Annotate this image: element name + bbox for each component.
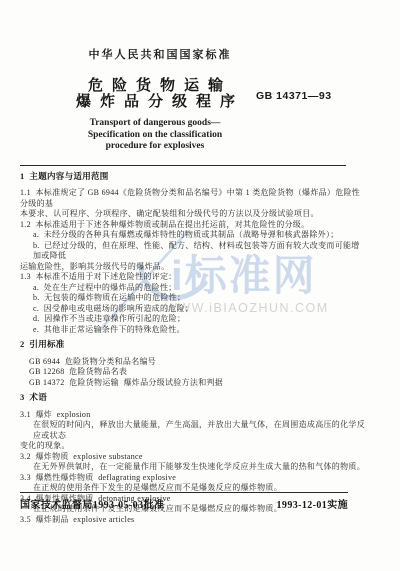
body-line: GB 6944 危险货物分类和品名编号 — [20, 357, 365, 368]
body-line: GB 14372 危险货物运输 爆炸品分级试验方法和判据 — [20, 378, 365, 389]
body-line: 3.5 爆炸制品 explosive articles — [20, 515, 365, 526]
english-title-line-3: procedure for explosives — [0, 141, 310, 153]
body-line: 1.2 本标准适用于下述各种爆炸物质或制品在提出托运前，对其危险性的分级。 — [20, 220, 365, 231]
standard-number: GB 14371—93 — [256, 90, 332, 102]
body-line: d. 因操作不当或违章操作所引起的危险； — [20, 314, 365, 325]
document-content: 中华人民共和国国家标准 危险货物运输 爆炸品分级程序 GB 14371—93 T… — [0, 0, 400, 525]
footer-approval: 国家技术监督局1993-05-03批准 — [20, 496, 164, 511]
footer: 国家技术监督局1993-05-03批准 1993-12-01实施 — [20, 496, 348, 511]
body-line: GB 12268 危险货物品名表 — [20, 367, 365, 378]
body-line: e. 其他非正常运输条件下的特殊危险性。 — [20, 325, 365, 336]
body-line: b. 已经过分级的，但在原理、性能、配方、结构、材料或包装等方面有较大改变而可能… — [20, 241, 365, 262]
body-line: 3.3 爆燃性爆炸物质 deflagrating explosive — [20, 473, 365, 484]
body-line: 3.2 爆炸物质 explosive substance — [20, 452, 365, 463]
document-page: i标准网 WWW.iBIAOZHUN.COM 中华人民共和国国家标准 危险货物运… — [0, 0, 400, 571]
standard-label: 中华人民共和国国家标准 — [0, 0, 320, 62]
english-title-line-2: Specification on the classification — [0, 130, 310, 142]
body-line: 变化的现象。 — [20, 441, 365, 452]
body-line: 本要求、认可程序、分项程序、确定配装组和分级代号的方法以及分级试验项目。 — [20, 209, 365, 220]
english-title-line-1: Transport of dangerous goods— — [0, 118, 310, 130]
body-line: a. 处在生产过程中的爆炸品的危险性； — [20, 283, 365, 294]
body-line: c. 因受静电或电磁场的影响所造成的危险； — [20, 304, 365, 315]
body-line: 运输危险性，影响其分级代号的爆炸品。 — [20, 262, 365, 273]
body-line: b. 无包装的爆炸物质在运输中的危险性； — [20, 293, 365, 304]
english-title: Transport of dangerous goods— Specificat… — [0, 118, 310, 153]
body-line: 在无外界供氧时，在一定能量作用下能够发生快速化学反应并生成大量的热和气体的物质。 — [20, 462, 365, 473]
body-line: 3.1 爆炸 explosion — [20, 410, 365, 421]
body-line: 1.1 本标准规定了 GB 6944《危险货物分类和品名编号》中第 1 类危险货… — [20, 188, 365, 209]
body-line: 2 引用标准 — [20, 339, 365, 350]
body-line: 1.3 本标准不适用于对下述危险性的评定： — [20, 272, 365, 283]
body-line: 1 主题内容与适用范围 — [20, 171, 365, 182]
body-line: a. 未经分级的各种具有爆燃或爆炸特性的物质或其制品（战略导弹和核武器除外）； — [20, 230, 365, 241]
footer-divider-rule — [20, 492, 348, 493]
header-divider-rule — [20, 165, 346, 166]
document-body: 1 主题内容与适用范围1.1 本标准规定了 GB 6944《危险货物分类和品名编… — [20, 171, 365, 526]
body-line: 在很短的时间内，释放出大量能量，产生高温，并放出大量气体，在周围造成高压的化学反… — [20, 420, 365, 441]
footer-implementation: 1993-12-01实施 — [277, 496, 348, 511]
body-line: 3 术语 — [20, 392, 365, 403]
